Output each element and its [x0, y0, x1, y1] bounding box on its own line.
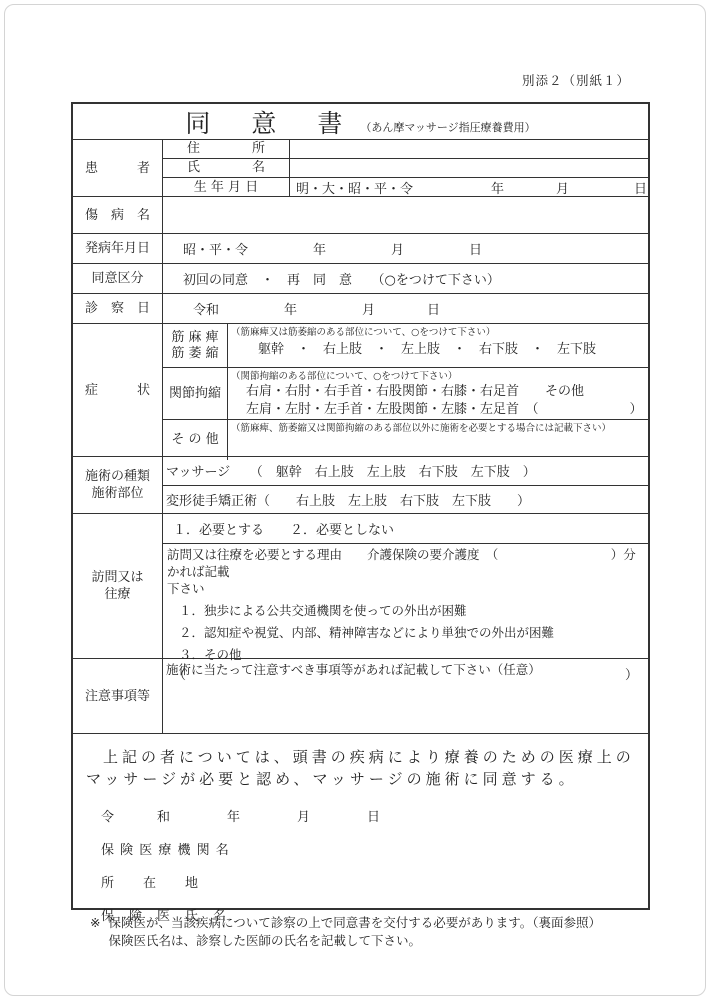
paralysis-label: 筋 麻 痺 筋 萎 縮 — [163, 324, 228, 367]
footer-note-text: 保険医が、当該疾病について診察の上で同意書を交付する必要があります。（裏面参照）… — [108, 914, 601, 950]
consent-type-row: 同意区分 初回の同意 ・ 再 同 意 （○をつけて下さい） — [73, 264, 648, 294]
disease-name-row: 傷 病 名 — [73, 197, 648, 234]
name-value — [290, 159, 648, 177]
treatment-section: 施術の種類 施術部位 マッサージ （ 躯幹 右上肢 左上肢 右下肢 左下肢 ） … — [73, 457, 648, 514]
patient-address-row: 住 所 — [163, 140, 648, 159]
agreement-date-line: 令 和 年 月 日 — [73, 806, 648, 825]
patient-birthdate-row: 生 年 月 日 明・大・昭・平・令 年 月 日 — [163, 178, 648, 197]
paralysis-row: 筋 麻 痺 筋 萎 縮 （筋麻痺又は筋萎縮のある部位について、○をつけて下さい）… — [163, 324, 648, 368]
form-title-row: 同 意 書 （あん摩マッサージ指圧療養費用） — [73, 104, 648, 140]
paralysis-options: 躯幹 ・ 右上肢 ・ 左上肢 ・ 右下肢 ・ 左下肢 — [228, 341, 648, 359]
disease-name-value — [163, 197, 648, 233]
onset-date-row: 発病年月日 昭・平・令 年 月 日 — [73, 234, 648, 264]
visit-necessity-row: １．必要とする ２．必要としない — [163, 514, 648, 544]
patient-label: 患 者 — [73, 140, 163, 196]
treatment-label: 施術の種類 施術部位 — [73, 457, 163, 513]
birthdate-label: 生 年 月 日 — [163, 178, 290, 197]
consent-form-table: 同 意 書 （あん摩マッサージ指圧療養費用） 患 者 住 所 氏 名 生 年 月… — [71, 102, 650, 910]
visit-reason-intro-line2: 下さい — [167, 580, 644, 597]
contracture-options-line2: 左肩・左肘・左手首・左股関節・左膝・左足首 （ ） — [228, 401, 648, 419]
visit-section: 訪問又は 往療 １．必要とする ２．必要としない 訪問又は往療を必要とする理由 … — [73, 514, 648, 659]
symptoms-label: 症 状 — [73, 324, 163, 456]
symptom-other-label: そ の 他 — [163, 420, 228, 460]
exam-date-label: 診 察 日 — [73, 294, 163, 323]
visit-label: 訪問又は 往療 — [73, 514, 163, 658]
disease-name-label: 傷 病 名 — [73, 197, 163, 233]
correction-row: 変形徒手矯正術（ 右上肢 左上肢 右下肢 左下肢 ） — [163, 486, 648, 514]
reference-mark: ※ — [90, 914, 100, 950]
address-value — [290, 140, 648, 158]
contracture-note: （関節拘縮のある部位について、○をつけて下さい） — [228, 368, 648, 383]
symptom-other-row: そ の 他 （筋麻痺、筋萎縮又は関節拘縮のある部位以外に施術を必要とする場合には… — [163, 420, 648, 460]
visit-reason-1: １．独歩による公共交通機関を使っての外出が困難 — [179, 602, 644, 619]
notes-section: 注意事項等 施術に当たって注意すべき事項等があれば記載して下さい（任意） — [73, 659, 648, 734]
form-title: 同 意 書 — [185, 104, 350, 140]
address-label: 住 所 — [163, 140, 290, 158]
exam-date-row: 診 察 日 令和 年 月 日 — [73, 294, 648, 324]
consent-type-value: 初回の同意 ・ 再 同 意 （○をつけて下さい） — [163, 264, 648, 293]
agreement-statement-line1: 上記の者については、頭書の疾病により療養のための医療上の — [73, 746, 648, 768]
visit-reason-2: ２．認知症や視覚、内部、精神障害などにより単独での外出が困難 — [179, 624, 644, 641]
form-subtitle: （あん摩マッサージ指圧療養費用） — [360, 119, 535, 135]
attachment-tag: 別添２（別紙１） — [522, 71, 630, 89]
contracture-options-line1: 右肩・右肘・右手首・右股関節・右膝・右足首 その他 — [228, 383, 648, 401]
notes-placeholder: 施術に当たって注意すべき事項等があれば記載して下さい（任意） — [163, 659, 648, 678]
insurer-org-label: 保 険 医 療 機 関 名 — [73, 839, 648, 858]
notes-label: 注意事項等 — [73, 659, 163, 733]
patient-name-row: 氏 名 — [163, 159, 648, 178]
symptom-other-note: （筋麻痺、筋萎縮又は関節拘縮のある部位以外に施術を必要とする場合には記載下さい） — [228, 420, 648, 435]
massage-row: マッサージ （ 躯幹 右上肢 左上肢 右下肢 左下肢 ） — [163, 457, 648, 486]
onset-date-value: 昭・平・令 年 月 日 — [163, 234, 648, 263]
document-page: 別添２（別紙１） 同 意 書 （あん摩マッサージ指圧療養費用） 患 者 住 所 … — [4, 4, 706, 996]
symptoms-section: 症 状 筋 麻 痺 筋 萎 縮 （筋麻痺又は筋萎縮のある部位について、○をつけて… — [73, 324, 648, 457]
exam-date-value: 令和 年 月 日 — [163, 294, 648, 323]
visit-reason-intro-line1: 訪問又は往療を必要とする理由 介護保険の要介護度 （ ）分かれば記載 — [167, 546, 644, 580]
birthdate-value: 明・大・昭・平・令 年 月 日 — [290, 178, 648, 197]
name-label: 氏 名 — [163, 159, 290, 177]
paralysis-note: （筋麻痺又は筋萎縮のある部位について、○をつけて下さい） — [228, 324, 648, 339]
consent-type-label: 同意区分 — [73, 264, 163, 293]
patient-section: 患 者 住 所 氏 名 生 年 月 日 明・大・昭・平・令 年 月 日 — [73, 140, 648, 197]
agreement-statement-line2: マッサージが必要と認め、マッサージの施術に同意する。 — [73, 768, 648, 790]
onset-date-label: 発病年月日 — [73, 234, 163, 263]
insurer-address-label: 所 在 地 — [73, 872, 648, 891]
contracture-row: 関節拘縮 （関節拘縮のある部位について、○をつけて下さい） 右肩・右肘・右手首・… — [163, 368, 648, 420]
footer-note: ※ 保険医が、当該疾病について診察の上で同意書を交付する必要があります。（裏面参… — [90, 914, 601, 950]
contracture-label: 関節拘縮 — [163, 368, 228, 419]
agreement-section: 上記の者については、頭書の疾病により療養のための医療上の マッサージが必要と認め… — [73, 734, 648, 910]
